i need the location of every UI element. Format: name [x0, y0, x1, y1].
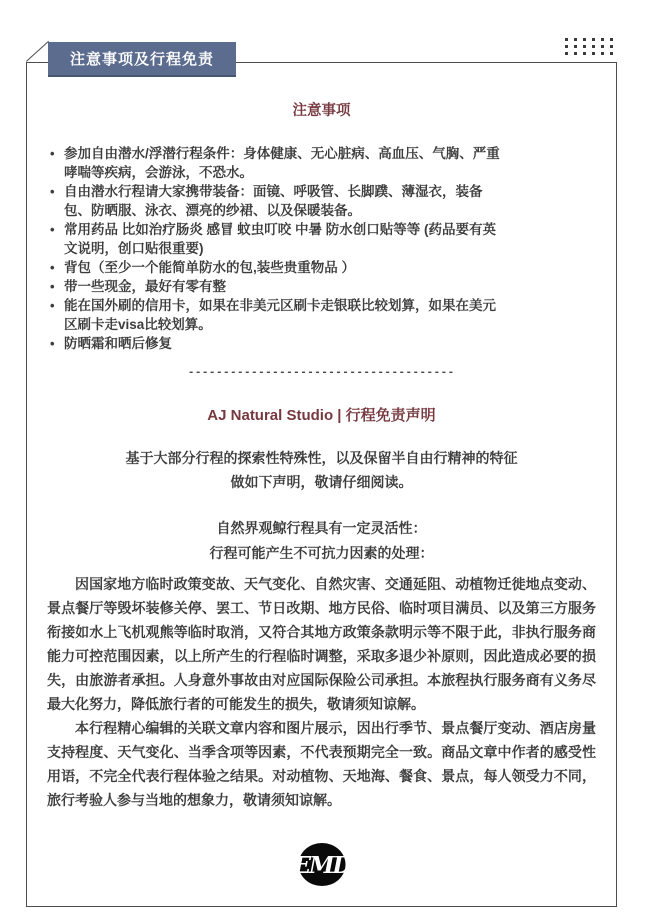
section-title-notice: 注意事项 — [27, 102, 616, 121]
page-header-title: 注意事项及行程免责 — [70, 48, 214, 69]
list-item: 自由潜水行程请大家携带装备：面镜、呼吸管、长脚蹼、薄湿衣，装备包、防晒服、泳衣、… — [48, 182, 506, 220]
disclaimer-paragraph: 本行程精心编辑的关联文章内容和图片展示，因出行季节、景点餐厅变动、酒店房量支持程… — [47, 716, 596, 812]
corner-fold-line — [26, 41, 49, 62]
disclaimer-heading: AJ Natural Studio | 行程免责声明 — [27, 406, 616, 426]
disclaimer-subheads: 自然界观鲸行程具有一定灵活性： 行程可能产生不可抗力因素的处理： — [27, 516, 616, 566]
emd-logo: EMD — [297, 842, 347, 888]
dots-decoration — [565, 38, 613, 55]
page-header-banner: 注意事项及行程免责 — [48, 42, 236, 77]
intro-line: 基于大部分行程的探索性特殊性，以及保留半自由行精神的特征 — [27, 446, 616, 470]
document-page: 注意事项及行程免责 注意事项 参加自由潜水/浮潜行程条件：身体健康、无心脏病、高… — [0, 0, 649, 924]
list-item: 常用药品 比如治疗肠炎 感冒 蚊虫叮咬 中暑 防水创口贴等等 (药品要有英文说明… — [48, 220, 506, 258]
list-item: 防晒霜和晒后修复 — [48, 334, 506, 353]
list-item: 能在国外刷的信用卡，如果在非美元区刷卡走银联比较划算，如果在美元区刷卡走visa… — [48, 296, 506, 334]
logo-container: EMD — [27, 842, 616, 893]
disclaimer-intro: 基于大部分行程的探索性特殊性，以及保留半自由行精神的特征 做如下声明，敬请仔细阅… — [27, 446, 616, 494]
content-frame: 注意事项 参加自由潜水/浮潜行程条件：身体健康、无心脏病、高血压、气胸、严重哮喘… — [26, 62, 617, 907]
emd-logo-text: EMD — [297, 852, 347, 879]
disclaimer-paragraph: 因国家地方临时政策变故、天气变化、自然灾害、交通延阻、动植物迁徙地点变动、景点餐… — [47, 572, 596, 716]
list-item: 背包（至少一个能简单防水的包,装些贵重物品 ） — [48, 258, 506, 277]
subhead-line: 自然界观鲸行程具有一定灵活性： — [27, 516, 616, 541]
intro-line: 做如下声明，敬请仔细阅读。 — [27, 470, 616, 494]
content-body: 注意事项 参加自由潜水/浮潜行程条件：身体健康、无心脏病、高血压、气胸、严重哮喘… — [27, 63, 616, 893]
list-item: 带一些现金，最好有零有整 — [48, 277, 506, 296]
dashed-divider: -------------------------------------- — [27, 365, 616, 380]
notice-list: 参加自由潜水/浮潜行程条件：身体健康、无心脏病、高血压、气胸、严重哮喘等疾病，会… — [48, 144, 506, 353]
subhead-line: 行程可能产生不可抗力因素的处理： — [27, 541, 616, 566]
list-item: 参加自由潜水/浮潜行程条件：身体健康、无心脏病、高血压、气胸、严重哮喘等疾病，会… — [48, 144, 506, 182]
